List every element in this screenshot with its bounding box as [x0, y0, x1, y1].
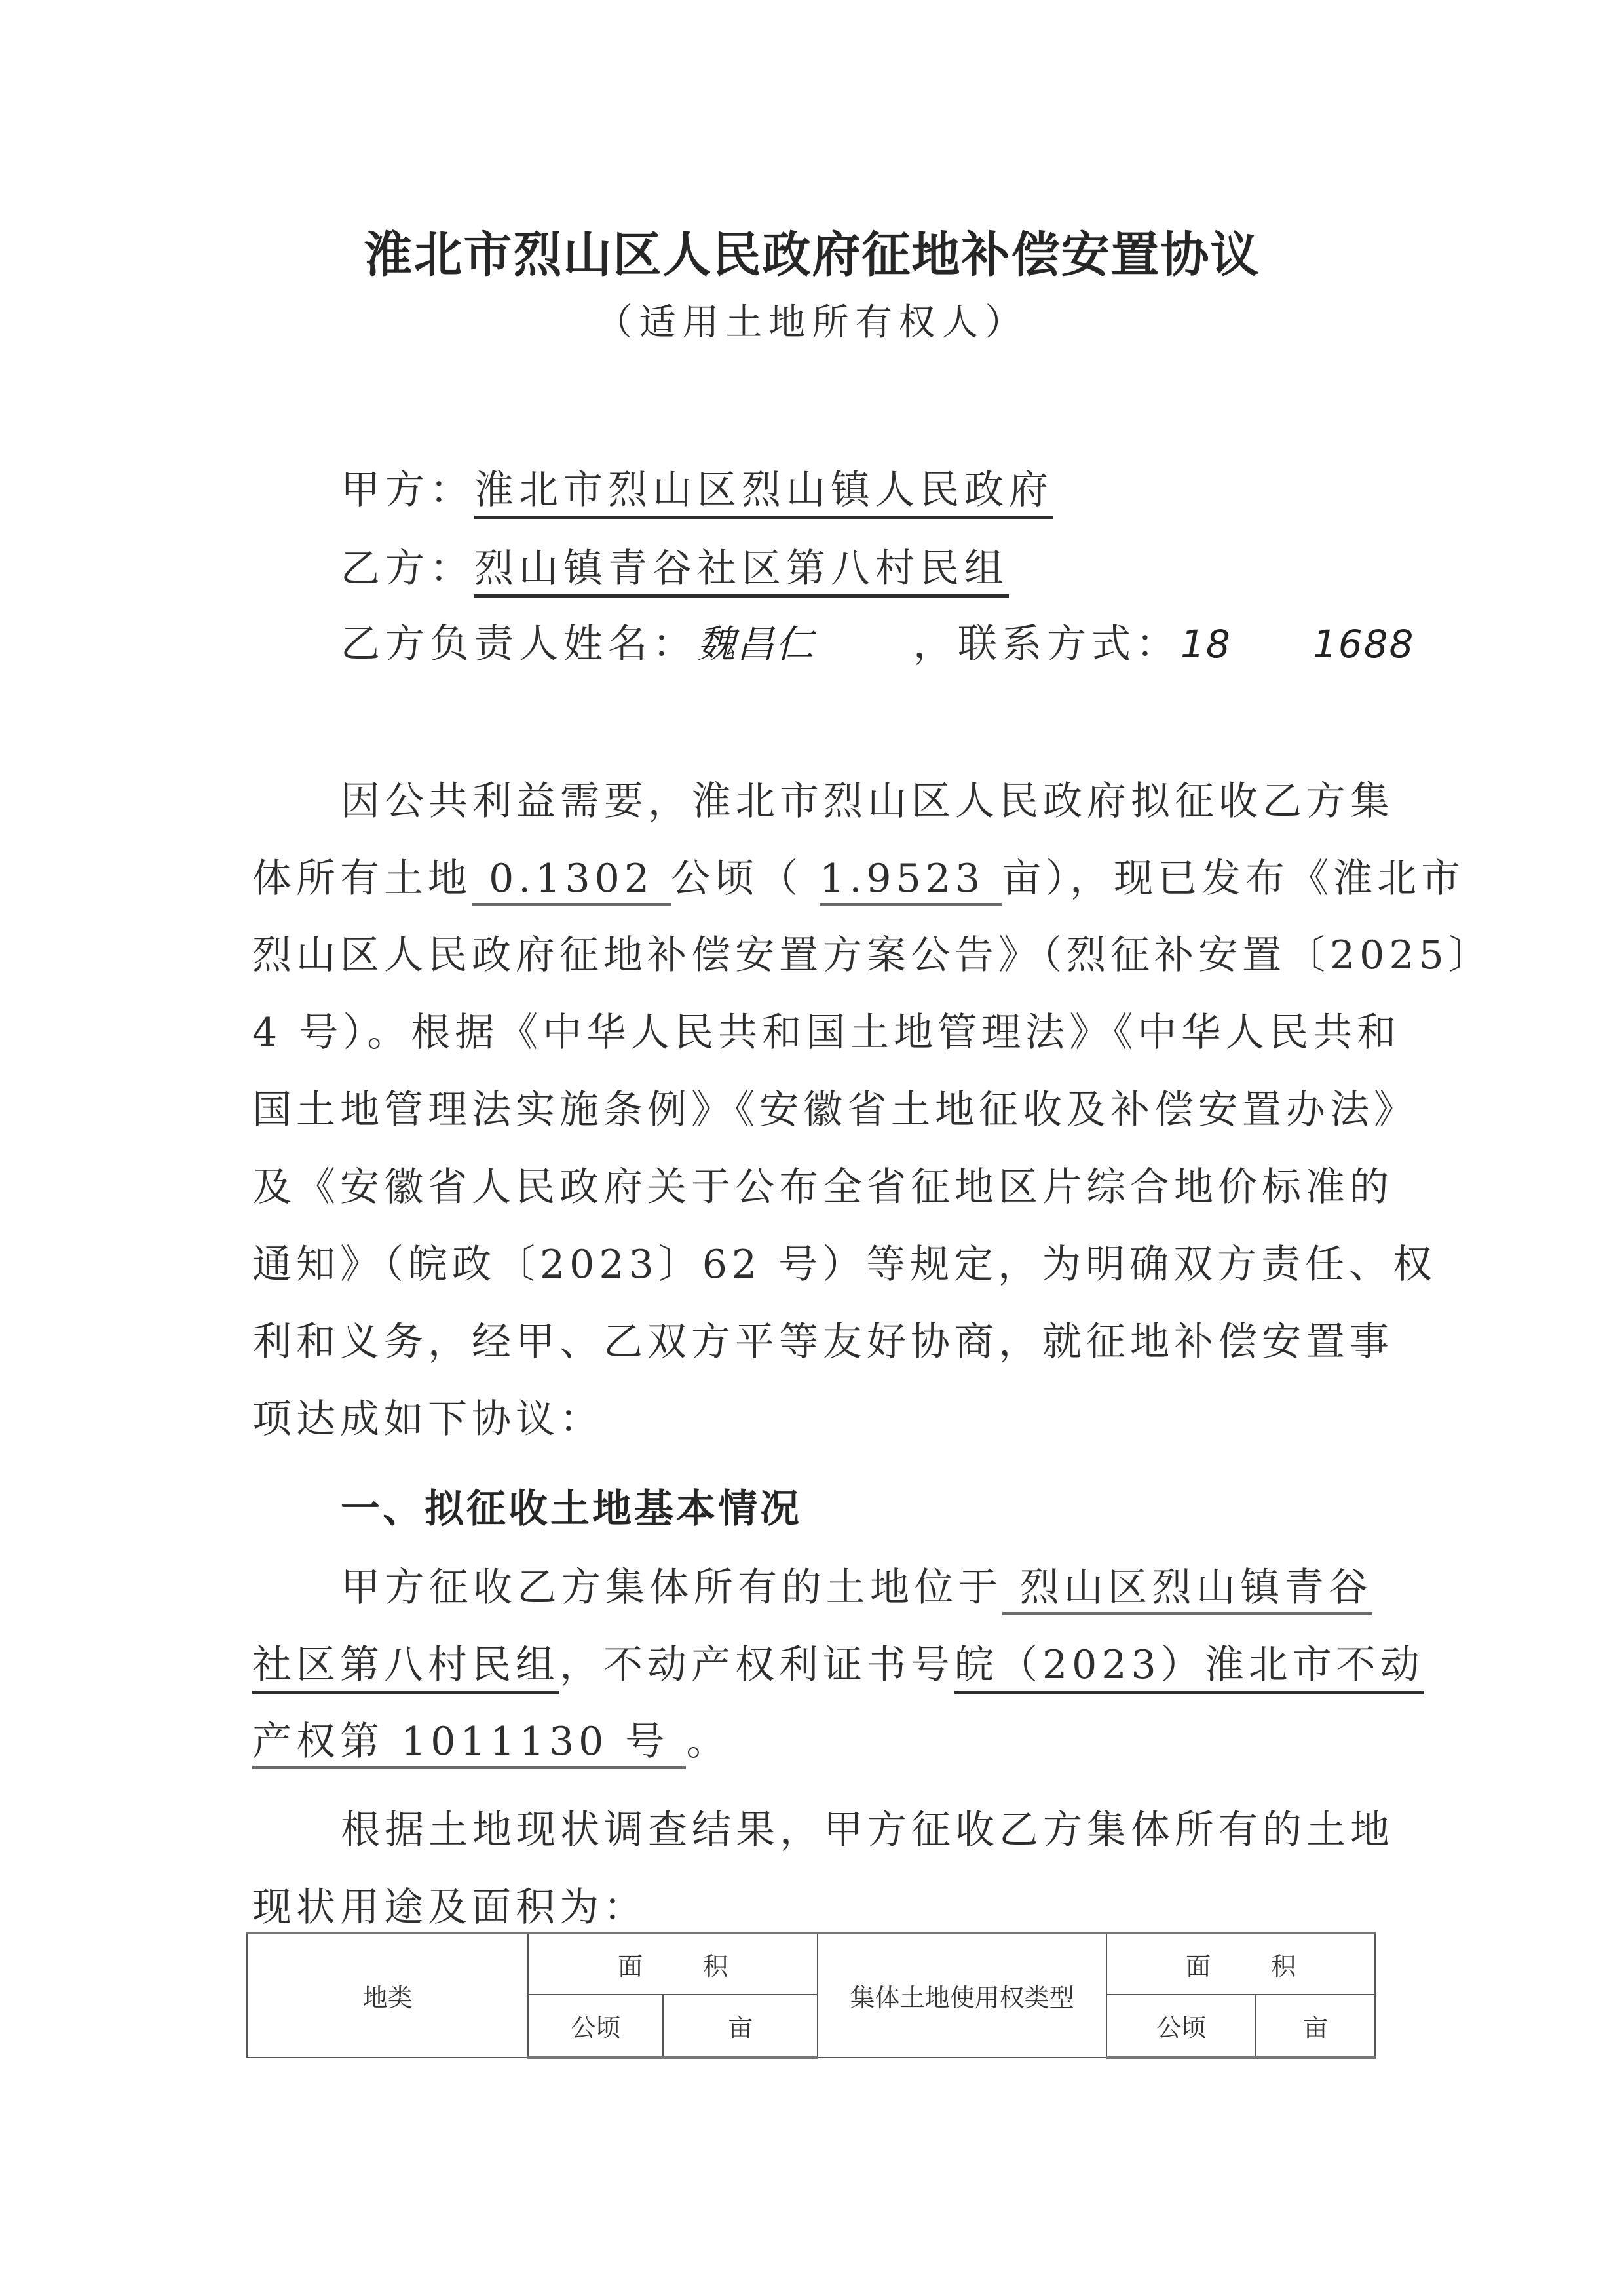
preamble-line: 利和义务，经甲、乙双方平等友好协商，就征地补偿安置事	[252, 1311, 1372, 1367]
certificate-number-cont: 产权第 1011130 号	[252, 1719, 686, 1769]
text: 亩），现已发布《淮北市	[1002, 856, 1465, 902]
text: 利和义务，经甲、乙双方平等友好协商，就征地补偿安置事	[252, 1319, 1393, 1365]
land-location-cont: 社区第八村民组	[252, 1642, 559, 1694]
text: 4 号）。根据《中华人民共和国土地管理法》《中华人民共和	[252, 1010, 1401, 1056]
text: 通知》（皖政〔2023〕62 号）等规定，为明确双方责任、权	[252, 1242, 1437, 1288]
land-location: 烈山区烈山镇青谷	[1002, 1565, 1372, 1615]
contact-handwritten: 18 1688	[1180, 622, 1414, 666]
section-1-para-line: 社区第八村民组，不动产权利证书号皖（2023）淮北市不动	[252, 1634, 1372, 1690]
document-subtitle: （适用土地所有权人）	[0, 294, 1624, 346]
header-right-type: 集体土地使用权类型	[818, 1933, 1106, 2057]
header-area-2: 面 积	[1106, 1933, 1375, 1995]
text: 体所有土地	[252, 856, 472, 902]
party-b-value: 烈山镇青谷社区第八村民组	[474, 546, 1009, 598]
underlined-value: 1.9523	[820, 856, 1002, 906]
party-b-line: 乙方：烈山镇青谷社区第八村民组	[341, 537, 1009, 594]
document-title: 淮北市烈山区人民政府征地补偿安置协议	[0, 216, 1624, 286]
text: 项达成如下协议：	[252, 1396, 603, 1442]
header-area: 面 积	[528, 1933, 818, 1995]
party-a-value: 淮北市烈山区烈山镇人民政府	[474, 467, 1053, 519]
header-mu-2: 亩	[1256, 1995, 1375, 2057]
text: ，不动产权利证书号	[559, 1642, 954, 1688]
party-a-line: 甲方：淮北市烈山区烈山镇人民政府	[341, 459, 1053, 515]
header-hectare: 公顷	[528, 1995, 663, 2057]
contact-label: ，联系方式：	[913, 621, 1180, 667]
section-1-para2-line: 根据土地现状调查结果，甲方征收乙方集体所有的土地	[341, 1799, 1372, 1855]
preamble-line: 项达成如下协议：	[252, 1388, 1372, 1444]
text: 因公共利益需要，淮北市烈山区人民政府拟征收乙方集	[341, 778, 1394, 824]
preamble-line: 通知》（皖政〔2023〕62 号）等规定，为明确双方责任、权	[252, 1233, 1372, 1290]
land-area-table: 地类 面 积 集体土地使用权类型 面 积 公顷 亩 公顷 亩	[246, 1932, 1376, 2059]
preamble-line: 体所有土地 0.1302 公顷（ 1.9523 亩），现已发布《淮北市	[252, 847, 1372, 904]
party-a-label: 甲方：	[341, 467, 474, 513]
header-land-type: 地类	[247, 1933, 528, 2057]
text: 及《安徽省人民政府关于公布全省征地区片综合地价标准的	[252, 1164, 1393, 1210]
representative-label: 乙方负责人姓名：	[341, 621, 697, 667]
section-1-para2-line: 现状用途及面积为：	[252, 1876, 1372, 1932]
text: 。	[686, 1719, 730, 1765]
section-1-heading: 一、拟征收土地基本情况	[341, 1478, 802, 1534]
section-1-para-line: 产权第 1011130 号 。	[252, 1710, 1372, 1767]
representative-line: 乙方负责人姓名：魏昌仁，联系方式：18 1688	[341, 613, 1414, 669]
preamble-line: 因公共利益需要，淮北市烈山区人民政府拟征收乙方集	[341, 770, 1372, 826]
text: 甲方征收乙方集体所有的土地位于	[341, 1565, 1002, 1611]
text: 烈山区人民政府征地补偿安置方案公告》（烈征补安置〔2025〕	[252, 932, 1492, 978]
certificate-number: 皖（2023）淮北市不动	[954, 1642, 1424, 1694]
underlined-value: 0.1302	[472, 856, 671, 906]
header-mu: 亩	[663, 1995, 818, 2057]
representative-signature: 魏昌仁	[697, 613, 913, 668]
header-hectare-2: 公顷	[1106, 1995, 1256, 2057]
preamble-line: 国土地管理法实施条例》《安徽省土地征收及补偿安置办法》	[252, 1079, 1372, 1135]
preamble-line: 4 号）。根据《中华人民共和国土地管理法》《中华人民共和	[252, 1001, 1372, 1058]
text: 公顷（	[671, 856, 820, 902]
preamble-line: 及《安徽省人民政府关于公布全省征地区片综合地价标准的	[252, 1156, 1372, 1212]
section-1-para-line: 甲方征收乙方集体所有的土地位于 烈山区烈山镇青谷	[341, 1556, 1372, 1613]
preamble-line: 烈山区人民政府征地补偿安置方案公告》（烈征补安置〔2025〕	[252, 924, 1372, 980]
party-b-label: 乙方：	[341, 546, 474, 592]
text: 国土地管理法实施条例》《安徽省土地征收及补偿安置办法》	[252, 1087, 1418, 1133]
